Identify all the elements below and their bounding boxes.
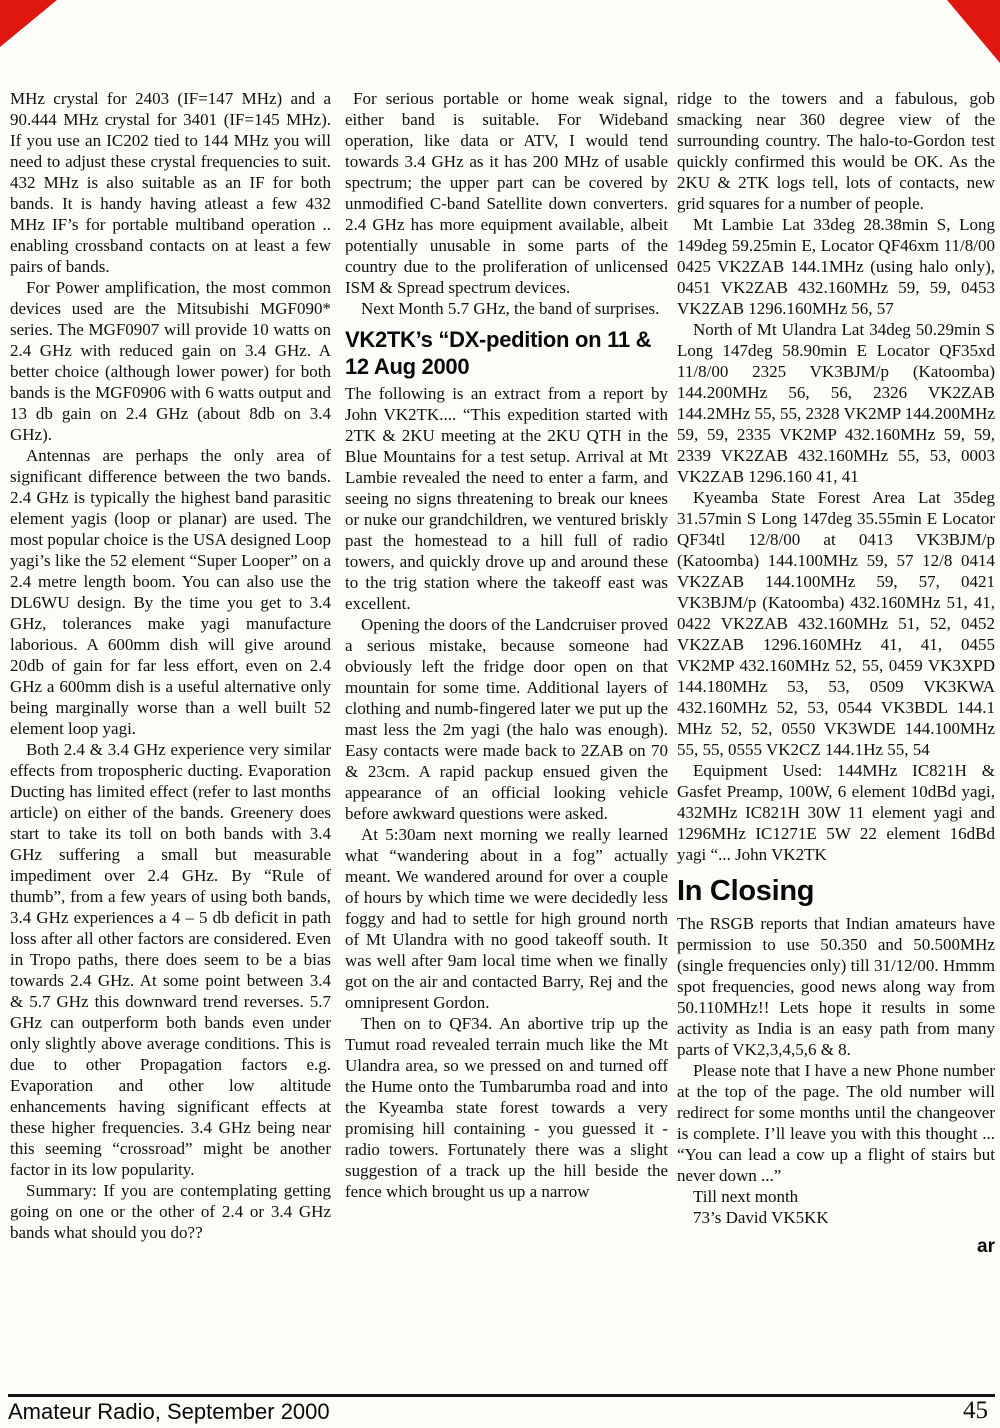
footer-journal-title: Amateur Radio, September 2000 [8,1399,330,1425]
paragraph: North of Mt Ulandra Lat 34deg 50.29min S… [677,319,995,487]
paragraph: Kyeamba State Forest Area Lat 35deg 31.5… [677,487,995,760]
paragraph: The RSGB reports that Indian amateurs ha… [677,913,995,1060]
column-right: ridge to the towers and a fabulous, gob … [677,88,995,1258]
paragraph: Then on to QF34. An abortive trip up the… [345,1013,668,1202]
paragraph: MHz crystal for 2403 (IF=147 MHz) and a … [10,88,331,277]
article-heading-dxpedition: VK2TK’s “DX-pedition on 11 & 12 Aug 2000 [345,326,668,380]
paragraph: Summary: If you are contemplating gettin… [10,1180,331,1243]
paragraph: Opening the doors of the Landcruiser pro… [345,614,668,824]
paragraph: Please note that I have a new Phone numb… [677,1060,995,1186]
red-corner-mark-left [0,0,57,47]
paragraph: Next Month 5.7 GHz, the band of surprise… [345,298,668,319]
paragraph: For Power amplification, the most common… [10,277,331,445]
article-end-mark: ar [677,1236,995,1258]
paragraph: At 5:30am next morning we really learned… [345,824,668,1013]
column-middle: For serious portable or home weak signal… [345,88,668,1202]
red-corner-mark-right [947,0,1000,63]
paragraph: Mt Lambie Lat 33deg 28.38min S, Long 149… [677,214,995,319]
paragraph: Equipment Used: 144MHz IC821H & Gasfet P… [677,760,995,865]
sign-off-line: Till next month [677,1186,995,1207]
sign-off-callsign: 73’s David VK5KK [677,1207,995,1228]
footer-rule [8,1394,995,1397]
paragraph: Both 2.4 & 3.4 GHz experience very simil… [10,739,331,1180]
column-left: MHz crystal for 2403 (IF=147 MHz) and a … [10,88,331,1243]
paragraph: Antennas are perhaps the only area of si… [10,445,331,739]
paragraph: For serious portable or home weak signal… [345,88,668,298]
footer-page-number: 45 [963,1397,988,1425]
paragraph: ridge to the towers and a fabulous, gob … [677,88,995,214]
paragraph: The following is an extract from a repor… [345,383,668,614]
article-heading-in-closing: In Closing [677,875,995,908]
magazine-page: MHz crystal for 2403 (IF=147 MHz) and a … [0,0,1000,1428]
